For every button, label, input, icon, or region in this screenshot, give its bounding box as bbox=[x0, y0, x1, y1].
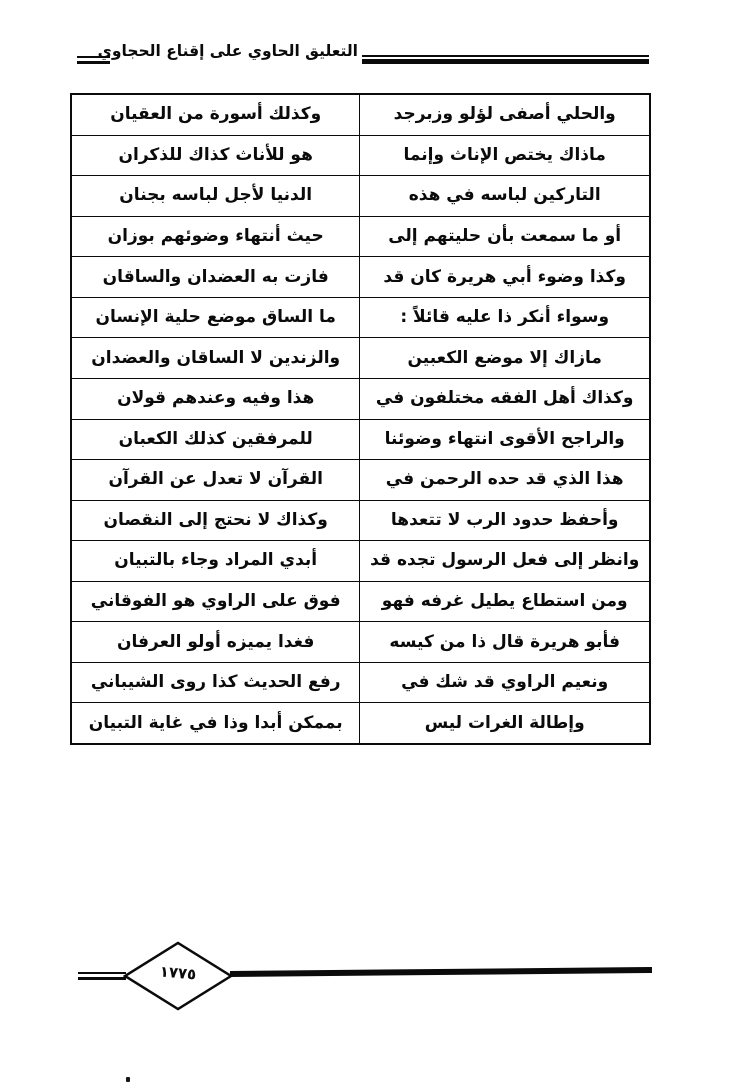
footer-rule-left bbox=[78, 972, 126, 980]
verse-second-hemistich: القرآن لا تعدل عن القرآن bbox=[72, 460, 359, 500]
verse-second-hemistich: للمرفقين كذلك الكعبان bbox=[72, 420, 359, 460]
verse-first-hemistich: فأبو هريرة قال ذا من كيسه bbox=[359, 622, 649, 662]
verse-first-hemistich: وأحفظ حدود الرب لا تتعدها bbox=[359, 501, 649, 541]
verse-first-hemistich: والراجح الأقوى انتهاء وضوئنا bbox=[359, 420, 649, 460]
table-row: فأبو هريرة قال ذا من كيسه فغدا يميزه أول… bbox=[72, 622, 649, 663]
header-rule-right-thick-line bbox=[362, 59, 649, 64]
verse-second-hemistich: بممكن أبدا وذا في غاية التبيان bbox=[72, 703, 359, 743]
table-row: وانظر إلى فعل الرسول تجده قد أبدي المراد… bbox=[72, 541, 649, 582]
verse-first-hemistich: وإطالة الغرات ليس bbox=[359, 703, 649, 743]
verse-second-hemistich: أبدي المراد وجاء بالتبيان bbox=[72, 541, 359, 581]
verse-second-hemistich: الدنيا لأجل لباسه بجنان bbox=[72, 176, 359, 216]
verse-first-hemistich: وكذاك أهل الفقه مختلفون في bbox=[359, 379, 649, 419]
verse-second-hemistich: هو للأناث كذاك للذكران bbox=[72, 136, 359, 176]
table-row: مازاك إلا موضع الكعبين والزندين لا الساق… bbox=[72, 338, 649, 379]
verse-second-hemistich: رفع الحديث كذا روى الشيباني bbox=[72, 663, 359, 703]
verse-first-hemistich: ومن استطاع يطيل غرفه فهو bbox=[359, 582, 649, 622]
footer-rule-right bbox=[230, 967, 652, 977]
table-row: وإطالة الغرات ليس بممكن أبدا وذا في غاية… bbox=[72, 703, 649, 743]
verse-second-hemistich: والزندين لا الساقان والعضدان bbox=[72, 338, 359, 378]
page: التعليق الحاوي على إقناع الحجاوي والحلي … bbox=[0, 0, 732, 1091]
table-row: وكذاك أهل الفقه مختلفون في هذا وفيه وعند… bbox=[72, 379, 649, 420]
table-row: وسواء أنكر ذا عليه قائلاً : ما الساق موض… bbox=[72, 298, 649, 339]
verse-second-hemistich: ما الساق موضع حلية الإنسان bbox=[72, 298, 359, 338]
verse-first-hemistich: هذا الذي قد حده الرحمن في bbox=[359, 460, 649, 500]
verse-first-hemistich: وسواء أنكر ذا عليه قائلاً : bbox=[359, 298, 649, 338]
verse-first-hemistich: ماذاك يختص الإناث وإنما bbox=[359, 136, 649, 176]
table-row: والراجح الأقوى انتهاء وضوئنا للمرفقين كذ… bbox=[72, 420, 649, 461]
table-row: التاركين لباسه في هذه الدنيا لأجل لباسه … bbox=[72, 176, 649, 217]
table-row: ومن استطاع يطيل غرفه فهو فوق على الراوي … bbox=[72, 582, 649, 623]
verse-table: والحلي أصفى لؤلو وزبرجد وكذلك أسورة من ا… bbox=[70, 93, 651, 745]
verse-second-hemistich: وكذلك أسورة من العقيان bbox=[72, 95, 359, 135]
table-row: ماذاك يختص الإناث وإنما هو للأناث كذاك ل… bbox=[72, 136, 649, 177]
table-row: والحلي أصفى لؤلو وزبرجد وكذلك أسورة من ا… bbox=[72, 95, 649, 136]
table-row: أو ما سمعت بأن حليتهم إلى حيث أنتهاء وضو… bbox=[72, 217, 649, 258]
table-row: وأحفظ حدود الرب لا تتعدها وكذاك لا نحتج … bbox=[72, 501, 649, 542]
verse-first-hemistich: مازاك إلا موضع الكعبين bbox=[359, 338, 649, 378]
verse-first-hemistich: أو ما سمعت بأن حليتهم إلى bbox=[359, 217, 649, 257]
table-row: هذا الذي قد حده الرحمن في القرآن لا تعدل… bbox=[72, 460, 649, 501]
book-title: التعليق الحاوي على إقناع الحجاوي bbox=[108, 42, 358, 60]
verse-table-body: والحلي أصفى لؤلو وزبرجد وكذلك أسورة من ا… bbox=[72, 95, 649, 743]
table-row: وكذا وضوء أبي هريرة كان قد فازت به العضد… bbox=[72, 257, 649, 298]
verse-second-hemistich: فغدا يميزه أولو العرفان bbox=[72, 622, 359, 662]
verse-first-hemistich: التاركين لباسه في هذه bbox=[359, 176, 649, 216]
ink-speck bbox=[126, 1077, 130, 1082]
header-rule-right bbox=[362, 55, 649, 64]
verse-second-hemistich: وكذاك لا نحتج إلى النقصان bbox=[72, 501, 359, 541]
verse-first-hemistich: وانظر إلى فعل الرسول تجده قد bbox=[359, 541, 649, 581]
verse-second-hemistich: هذا وفيه وعندهم قولان bbox=[72, 379, 359, 419]
verse-second-hemistich: فازت به العضدان والساقان bbox=[72, 257, 359, 297]
verse-second-hemistich: حيث أنتهاء وضوئهم بوزان bbox=[72, 217, 359, 257]
verse-first-hemistich: وكذا وضوء أبي هريرة كان قد bbox=[359, 257, 649, 297]
verse-first-hemistich: والحلي أصفى لؤلو وزبرجد bbox=[359, 95, 649, 135]
table-row: ونعيم الراوي قد شك في رفع الحديث كذا روى… bbox=[72, 663, 649, 704]
header-rule-right-thin-line bbox=[362, 55, 649, 57]
verse-first-hemistich: ونعيم الراوي قد شك في bbox=[359, 663, 649, 703]
verse-second-hemistich: فوق على الراوي هو الفوقاني bbox=[72, 582, 359, 622]
